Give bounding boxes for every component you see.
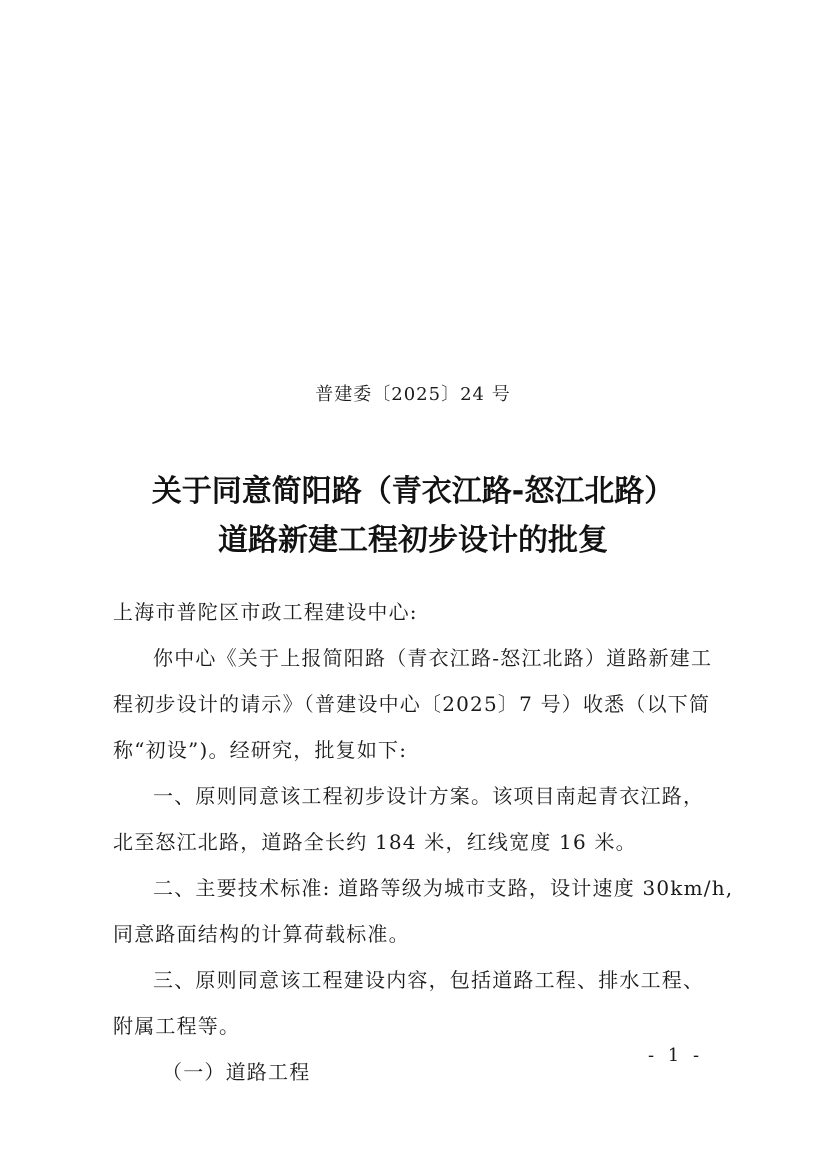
page-number: - 1 - xyxy=(648,1045,703,1066)
document-page: 普建委〔2025〕24 号 关于同意简阳路（青衣江路-怒江北路） 道路新建工程初… xyxy=(0,0,826,1169)
body-line: 程初步设计的请示》（普建设中心〔2025〕7 号）收悉（以下简 xyxy=(113,688,723,717)
body-line: 称“初设”)。经研究，批复如下: xyxy=(113,734,723,763)
body-line: 附属工程等。 xyxy=(113,1010,723,1039)
document-title-line-2: 道路新建工程初步设计的批复 xyxy=(0,515,826,559)
addressee: 上海市普陀区市政工程建设中心: xyxy=(113,596,723,625)
body-line: 同意路面结构的计算荷载标准。 xyxy=(113,918,723,947)
document-number: 普建委〔2025〕24 号 xyxy=(0,380,826,406)
body-line: 北至怒江北路，道路全长约 184 米，红线宽度 16 米。 xyxy=(113,826,723,855)
body-line: 你中心《关于上报简阳路（青衣江路-怒江北路）道路新建工 xyxy=(153,642,763,671)
body-line: 三、原则同意该工程建设内容，包括道路工程、排水工程、 xyxy=(153,964,763,993)
body-line: 一、原则同意该工程初步设计方案。该项目南起青衣江路， xyxy=(153,780,763,809)
body-line: 二、主要技术标准: 道路等级为城市支路，设计速度 30km/h, xyxy=(153,872,763,901)
document-title-line-1: 关于同意简阳路（青衣江路-怒江北路） xyxy=(0,466,826,510)
